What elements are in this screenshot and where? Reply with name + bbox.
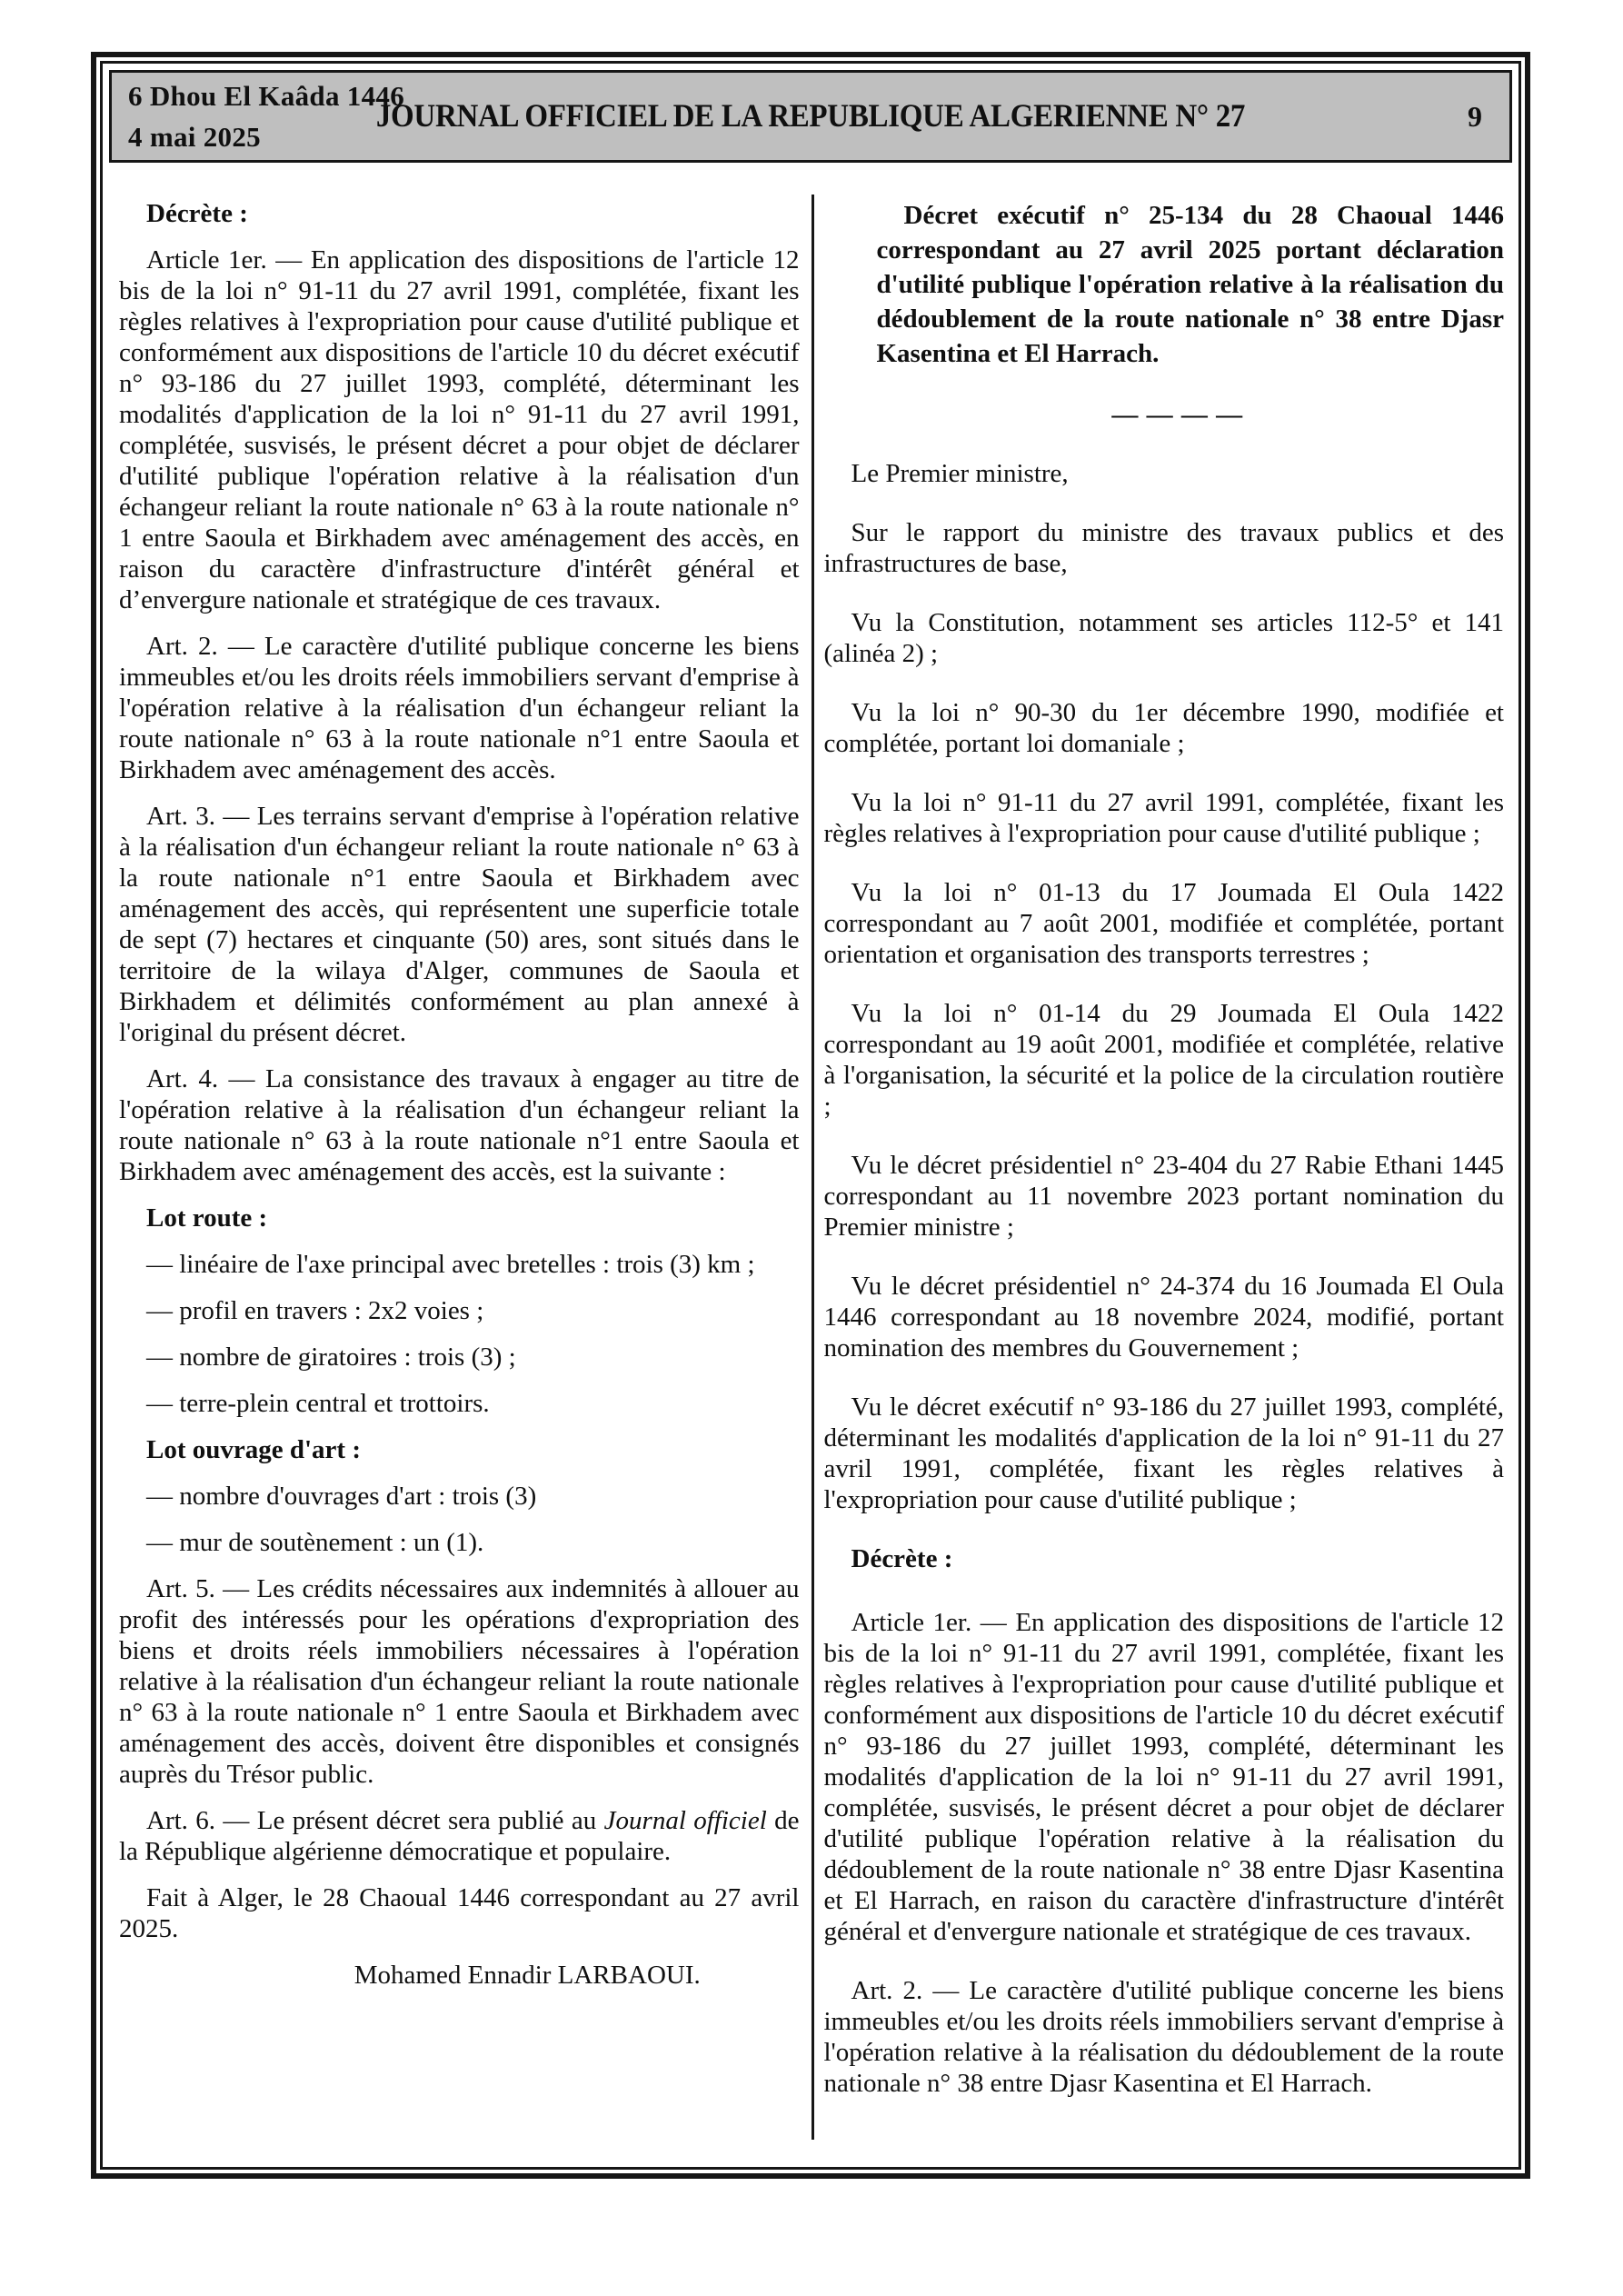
decree-title: Décret exécutif n° 25-134 du 28 Chaoual … bbox=[824, 198, 1505, 371]
page-number: 9 bbox=[1468, 100, 1482, 134]
article-6: Art. 6. — Le présent décret sera publié … bbox=[119, 1805, 800, 1867]
lot-route-item: — profil en travers : 2x2 voies ; bbox=[119, 1295, 800, 1326]
paragraph-vu-loi-91-11: Vu la loi n° 91-11 du 27 avril 1991, com… bbox=[824, 787, 1505, 849]
article-1: Article 1er. — En application des dispos… bbox=[824, 1607, 1505, 1947]
article-3: Art. 3. — Les terrains servant d'emprise… bbox=[119, 801, 800, 1048]
column-divider bbox=[811, 195, 814, 2140]
article-6-journal-officiel: Journal officiel bbox=[604, 1806, 767, 1835]
lot-route-item: — nombre de giratoires : trois (3) ; bbox=[119, 1342, 800, 1373]
article-4: Art. 4. — La consistance des travaux à e… bbox=[119, 1063, 800, 1187]
paragraph-vu-decret-23-404: Vu le décret présidentiel n° 23-404 du 2… bbox=[824, 1150, 1505, 1243]
paragraph-rapport: Sur le rapport du ministre des travaux p… bbox=[824, 517, 1505, 579]
content-area: Décrète : Article 1er. — En application … bbox=[103, 169, 1518, 2167]
closing-date: Fait à Alger, le 28 Chaoual 1446 corresp… bbox=[119, 1882, 800, 1944]
paragraph-vu-loi-01-13: Vu la loi n° 01-13 du 17 Joumada El Oula… bbox=[824, 877, 1505, 970]
section-separator: — — — — bbox=[824, 399, 1505, 430]
lot-route-item: — linéaire de l'axe principal avec brete… bbox=[119, 1249, 800, 1280]
right-column: Décret exécutif n° 25-134 du 28 Chaoual … bbox=[824, 198, 1505, 2167]
paragraph-vu-loi-90-30: Vu la loi n° 90-30 du 1er décembre 1990,… bbox=[824, 697, 1505, 759]
lot-ouvrage-heading: Lot ouvrage d'art : bbox=[119, 1434, 800, 1465]
journal-title: JOURNAL OFFICIEL DE LA REPUBLIQUE ALGERI… bbox=[112, 99, 1509, 135]
lot-route-item: — terre-plein central et trottoirs. bbox=[119, 1388, 800, 1419]
paragraph-vu-decret-93-186: Vu le décret exécutif n° 93-186 du 27 ju… bbox=[824, 1392, 1505, 1515]
paragraph-vu-decret-24-374: Vu le décret présidentiel n° 24-374 du 1… bbox=[824, 1271, 1505, 1363]
lot-ouvrage-item: — nombre d'ouvrages d'art : trois (3) bbox=[119, 1481, 800, 1512]
paragraph-vu-loi-01-14: Vu la loi n° 01-14 du 29 Joumada El Oula… bbox=[824, 998, 1505, 1122]
left-column: Décrète : Article 1er. — En application … bbox=[119, 198, 800, 2167]
journal-page: 6 Dhou El Kaâda 1446 4 mai 2025 JOURNAL … bbox=[91, 52, 1530, 2179]
signature: Mohamed Ennadir LARBAOUI. bbox=[119, 1960, 800, 1991]
paragraph-vu-constitution: Vu la Constitution, notamment ses articl… bbox=[824, 607, 1505, 669]
article-5: Art. 5. — Les crédits nécessaires aux in… bbox=[119, 1573, 800, 1790]
masthead: 6 Dhou El Kaâda 1446 4 mai 2025 JOURNAL … bbox=[109, 70, 1512, 163]
article-1: Article 1er. — En application des dispos… bbox=[119, 245, 800, 615]
lot-ouvrage-item: — mur de soutènement : un (1). bbox=[119, 1527, 800, 1558]
article-2: Art. 2. — Le caractère d'utilité publiqu… bbox=[824, 1975, 1505, 2099]
lot-route-heading: Lot route : bbox=[119, 1203, 800, 1233]
page-inner-frame: 6 Dhou El Kaâda 1446 4 mai 2025 JOURNAL … bbox=[100, 61, 1521, 2170]
decree-label: Décrète : bbox=[119, 198, 800, 229]
decree-label: Décrète : bbox=[824, 1543, 1505, 1574]
paragraph-premier-ministre: Le Premier ministre, bbox=[824, 458, 1505, 489]
article-6-before: Art. 6. — Le présent décret sera publié … bbox=[146, 1806, 604, 1835]
article-2: Art. 2. — Le caractère d'utilité publiqu… bbox=[119, 631, 800, 785]
